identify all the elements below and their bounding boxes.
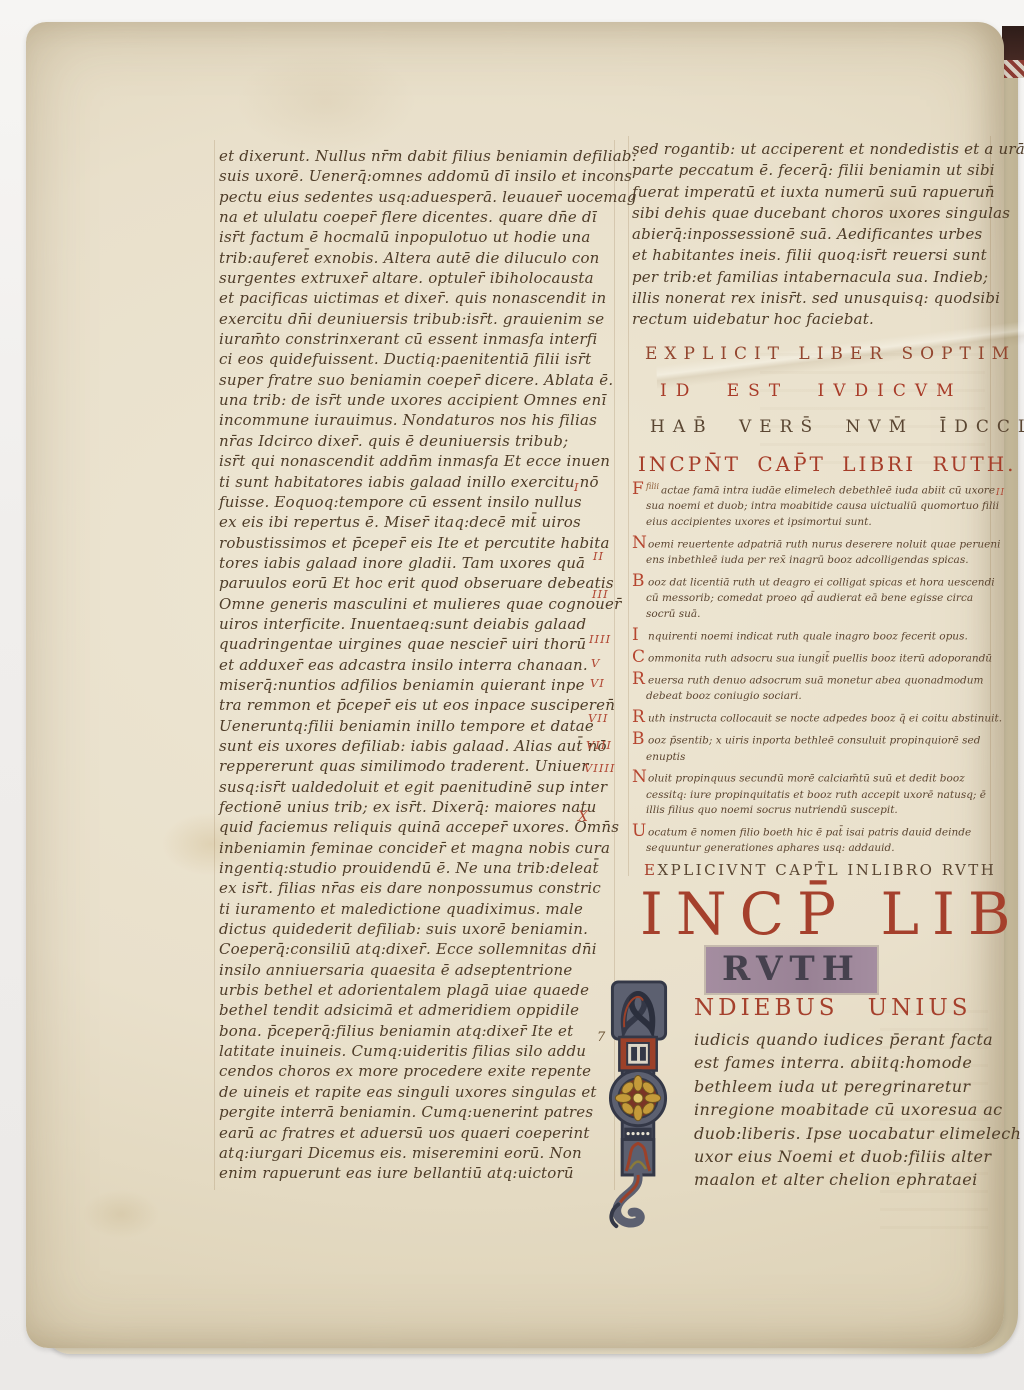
manuscript-text-line: na et ululatu coeper̄ flere dicentes. qu… bbox=[219, 207, 617, 227]
manuscript-text-line: nr̄as Idcirco dixer̄. quis ē deuniuersis… bbox=[219, 431, 617, 451]
capitulum-entry: Commonita ruth adsocru sua iungit̄ puell… bbox=[632, 649, 1004, 667]
capitulum-initial: N bbox=[632, 535, 647, 552]
manuscript-text-line: fuerat imperatū et iuxta numerū suū rapu… bbox=[632, 182, 994, 203]
manuscript-text-line: quid faciemus reliquis quinā acceper̄ ux… bbox=[219, 817, 617, 837]
explicit-judges-line2: ID EST IVDICVM bbox=[660, 381, 963, 401]
capitulum-initial: U bbox=[632, 823, 646, 840]
binding-headband-pattern bbox=[1002, 60, 1024, 78]
manuscript-text-line: rectum uidebatur hoc faciebat. bbox=[632, 309, 994, 330]
capitulum-interlinear-note: filii bbox=[646, 482, 659, 491]
manuscript-text-line: ti iuramento et maledictione quadiximus.… bbox=[219, 899, 617, 919]
capitulum-entry: Reuersa ruth denuo adsocrum suā monetur … bbox=[632, 671, 1004, 705]
capitulum-entry: Noemi reuertente adpatriā ruth nurus des… bbox=[632, 535, 1004, 569]
manuscript-text-line: pectu eius sedentes usq:aduesperā. leuau… bbox=[219, 187, 617, 207]
manuscript-text-line: et adduxer̄ eas adcastra insilo interra … bbox=[219, 655, 617, 675]
manuscript-text-line: sunt eis uxores defiliab: iabis galaad. … bbox=[219, 736, 617, 756]
margin-chapter-numeral: VIIII bbox=[584, 761, 615, 775]
manuscript-text-line: urbis bethel et adorientalem plagā uiae … bbox=[219, 980, 617, 1000]
capitulum-text: nquirenti noemi indicat ruth quale inagr… bbox=[648, 630, 968, 642]
capitulum-text: ocatum ē nomen filio boeth hic ē pat̄ is… bbox=[646, 827, 971, 855]
margin-chapter-numeral: V bbox=[591, 656, 600, 670]
capitulum-initial: I bbox=[632, 627, 639, 644]
manuscript-text-line: robustissimos et p̄ceper̄ eis Ite et per… bbox=[219, 533, 617, 553]
incipit-capitula-rubric: INCPN̄T CAP̄T LIBRI RUTH. bbox=[638, 452, 1017, 476]
capitulum-text: ooz dat licentiā ruth ut deagro ei colli… bbox=[646, 576, 995, 620]
manuscript-text-line: atq:iurgari Dicemus eis. miseremini eorū… bbox=[219, 1143, 617, 1163]
manuscript-text-line: fuisse. Eoquoq:tempore cū essent insilo … bbox=[219, 492, 617, 512]
capitulum-entry: Booz p̄sentib; x uiris inporta bethleē c… bbox=[632, 731, 1004, 765]
manuscript-text-line: reppererunt quas similimodo traderent. U… bbox=[219, 756, 617, 776]
manuscript-text-line: Omne generis masculini et mulieres quae … bbox=[219, 594, 617, 614]
book-binding bbox=[1002, 26, 1024, 62]
ruth-title-banner: RVTH bbox=[706, 947, 877, 993]
right-text-column-judges-end: sed rogantib: ut acciperent et nondedist… bbox=[632, 139, 994, 331]
manuscript-text-line: maalon et alter chelion ephrataei bbox=[694, 1168, 994, 1191]
ruth-opening-heading: NDIEBUS UNIUS bbox=[694, 995, 972, 1021]
manuscript-text-line: est fames interra. abiitq:homode bbox=[694, 1051, 994, 1074]
capitulum-entry: Ruth instructa collocauit se nocte adped… bbox=[632, 709, 1004, 727]
manuscript-text-line: ti sunt habitatores iabis galaad inillo … bbox=[219, 472, 617, 492]
manuscript-text-line: inregione moabitade cū uxoresua ac bbox=[694, 1098, 994, 1121]
ruling-line bbox=[214, 140, 215, 1190]
manuscript-text-line: sed rogantib: ut acciperent et nondedist… bbox=[632, 139, 994, 160]
manuscript-text-line: sibi dehis quae ducebant choros uxores s… bbox=[632, 203, 994, 224]
capitulum-text: ooz p̄sentib; x uiris inporta bethleē co… bbox=[646, 735, 980, 763]
manuscript-text-line: parte peccatum ē. fecerq̄: filii beniami… bbox=[632, 160, 994, 181]
manuscript-text-line: pergite interrā beniamin. Cumq:uenerint … bbox=[219, 1102, 617, 1122]
manuscript-text-line: bethel tendit adsicimā et admeridiem opp… bbox=[219, 1000, 617, 1020]
manuscript-text-line: ex isr̄t. filias nr̄as eis dare nonpossu… bbox=[219, 878, 617, 898]
capitula-list: Ffiliiactae famā intra iudāe elimelech d… bbox=[632, 481, 1004, 861]
capitulum-text: oluit propinquus secundū morē calciam̄tū… bbox=[646, 773, 986, 817]
manuscript-text-line: enim rapuerunt eas iure bellantiū atq:ui… bbox=[219, 1163, 617, 1183]
manuscript-text-line: et pacificas uictimas et dixer̄. quis no… bbox=[219, 288, 617, 308]
manuscript-text-line: per trib:et familias intabernacula sua. … bbox=[632, 267, 994, 288]
manuscript-text-line: iuram̄to constrinxerant cū essent inmasf… bbox=[219, 329, 617, 349]
margin-chapter-numeral: IIII bbox=[589, 632, 611, 646]
manuscript-text-line: earū ac fratres et aduersū uos quaeri co… bbox=[219, 1123, 617, 1143]
manuscript-text-line: bethleem iuda ut peregrinaretur bbox=[694, 1075, 994, 1098]
manuscript-text-line: isr̄t qui nonascendit addn̄m inmasfa Et … bbox=[219, 451, 617, 471]
explicit-capitula-rubric: EXPLICIVNT CAPT̄L INLIBRO RVTH bbox=[644, 861, 996, 879]
manuscript-text-line: surgentes extruxer̄ altare. optuler̄ ibi… bbox=[219, 268, 617, 288]
capitulum-text: euersa ruth denuo adsocrum suā monetur a… bbox=[646, 675, 983, 703]
capitulum-initial: B bbox=[632, 573, 645, 590]
capitulum-initial: R bbox=[632, 709, 645, 726]
capitulum-text: ommonita ruth adsocru sua iungit̄ puelli… bbox=[648, 652, 992, 664]
decorated-initial-I bbox=[594, 978, 684, 1234]
capitulum-initial: N bbox=[632, 769, 647, 786]
capitulum-initial: C bbox=[632, 649, 645, 666]
capitulum-entry: Booz dat licentiā ruth ut deagro ei coll… bbox=[632, 573, 1004, 623]
manuscript-text-line: uiros interficite. Inuentaeq:sunt deiabi… bbox=[219, 614, 617, 634]
margin-chapter-numeral: VIII bbox=[586, 738, 612, 752]
capitulum-entry: Noluit propinquus secundū morē calciam̄t… bbox=[632, 769, 1004, 819]
manuscript-text-line: cendos choros ex more procedere exite re… bbox=[219, 1061, 617, 1081]
capitulum-initial: R bbox=[632, 671, 645, 688]
manuscript-text-line: bona. p̄ceperq̄:filius beniamin atq:dixe… bbox=[219, 1021, 617, 1041]
left-text-column: et dixerunt. Nullus nr̄m dabit filius be… bbox=[219, 146, 617, 1184]
manuscript-text-line: quadringentae uirgines quae nescier̄ uir… bbox=[219, 634, 617, 654]
capitulum-initial: B bbox=[632, 731, 645, 748]
margin-chapter-numeral: II bbox=[996, 488, 1005, 498]
capitulum-initial: F bbox=[632, 481, 644, 498]
manuscript-text-line: una trib: de isr̄t unde uxores accipient… bbox=[219, 390, 617, 410]
manuscript-text-line: abierq̄:inpossessionē suā. Aedificantes … bbox=[632, 224, 994, 245]
explicit-capitula-text: XPLICIVNT CAPT̄L INLIBRO RVTH bbox=[657, 861, 996, 879]
manuscript-text-line: Coeperq̄:consiliū atq:dixer̄. Ecce solle… bbox=[219, 939, 617, 959]
margin-chapter-numeral: VII bbox=[588, 711, 608, 725]
manuscript-text-line: tra remmon et p̄ceper̄ eis ut eos inpace… bbox=[219, 695, 617, 715]
ruth-opening-text: iudicis quando iudices p̄erant facta est… bbox=[694, 1028, 994, 1192]
explicit-capitula-initial: E bbox=[644, 861, 657, 879]
ruling-line bbox=[628, 136, 629, 876]
manuscript-text-line: exercitu dn̄i deuniuersis tribub:isr̄t. … bbox=[219, 309, 617, 329]
manuscript-text-line: trib:auferet̄ exnobis. Altera autē die d… bbox=[219, 248, 617, 268]
manuscript-text-line: fectionē unius trib; ex isr̄t. Dixerq̄: … bbox=[219, 797, 617, 817]
manuscript-text-line: suis uxorē. Uenerq̄:omnes addomū dī insi… bbox=[219, 166, 617, 186]
explicit-judges-line1: EXPLICIT LIBER SOPTIM bbox=[645, 344, 1016, 364]
manuscript-text-line: illis nonerat rex inisr̄t. sed unusquisq… bbox=[632, 288, 994, 309]
margin-chapter-numeral: I bbox=[574, 480, 580, 494]
manuscript-text-line: Ueneruntq:filii beniamin inillo tempore … bbox=[219, 716, 617, 736]
manuscript-text-line: ingentiq:studio prouidendū ē. Ne una tri… bbox=[219, 858, 617, 878]
capitulum-text: oemi reuertente adpatriā ruth nurus dese… bbox=[646, 538, 1000, 566]
manuscript-text-line: super fratre suo beniamin coeper̄ dicere… bbox=[219, 370, 617, 390]
manuscript-text-line: latitate inuineis. Cumq:uideritis filias… bbox=[219, 1041, 617, 1061]
manuscript-text-line: susq:isr̄t ualdedoluit et egit paenitudi… bbox=[219, 777, 617, 797]
capitulum-entry: Uocatum ē nomen filio boeth hic ē pat̄ i… bbox=[632, 823, 1004, 857]
capitulum-entry: Ffiliiactae famā intra iudāe elimelech d… bbox=[632, 481, 1004, 531]
manuscript-text-line: iudicis quando iudices p̄erant facta bbox=[694, 1028, 994, 1051]
manuscript-text-line: insilo anniuersaria quaesita ē adseptent… bbox=[219, 960, 617, 980]
explicit-judges-verse-count: HAB̄ VERS̄ NVM̄ ĪDCCL. bbox=[650, 417, 1024, 437]
manuscript-text-line: uxor eius Noemi et duob:filiis alter bbox=[694, 1145, 994, 1168]
capitulum-text: uth instructa collocauit se nocte adpede… bbox=[648, 713, 1002, 725]
manuscript-text-line: de uineis et rapite eas singuli uxores s… bbox=[219, 1082, 617, 1102]
manuscript-text-line: ex eis ibi repertus ē. Miser̄ itaq:decē … bbox=[219, 512, 617, 532]
capitulum-text: actae famā intra iudāe elimelech debethl… bbox=[646, 485, 999, 529]
manuscript-text-line: isr̄t factum ē hocmalū inpopulotuo ut ho… bbox=[219, 227, 617, 247]
manuscript-text-line: et habitantes ineis. filii quoq:isr̄t re… bbox=[632, 245, 994, 266]
manuscript-text-line: tores iabis galaad inore gladii. Tam uxo… bbox=[219, 553, 617, 573]
manuscript-text-line: et dixerunt. Nullus nr̄m dabit filius be… bbox=[219, 146, 617, 166]
margin-chapter-numeral: VI bbox=[590, 676, 605, 690]
manuscript-text-line: incommune iurauimus. Nondaturos nos his … bbox=[219, 410, 617, 430]
manuscript-text-line: dictus quidederit defiliab: suis uxorē b… bbox=[219, 919, 617, 939]
incipit-liber-rubric: INCP̄ LIB bbox=[640, 880, 1024, 948]
manuscript-text-line: inbeniamin feminae concider̄ et magna no… bbox=[219, 838, 617, 858]
manuscript-text-line: paruulos eorū Et hoc erit quod obseruare… bbox=[219, 573, 617, 593]
margin-chapter-numeral: X bbox=[578, 809, 589, 825]
margin-chapter-numeral: III bbox=[592, 587, 609, 601]
margin-chapter-numeral: II bbox=[593, 549, 604, 563]
manuscript-text-line: miserq̄:nuntios adfilios beniamin quiera… bbox=[219, 675, 617, 695]
capitulum-entry: Inquirenti noemi indicat ruth quale inag… bbox=[632, 627, 1004, 645]
manuscript-text-line: duob:liberis. Ipse uocabatur elimelech bbox=[694, 1122, 994, 1145]
manuscript-text-line: ci eos quidefuissent. Ductiq:paenitentiā… bbox=[219, 349, 617, 369]
